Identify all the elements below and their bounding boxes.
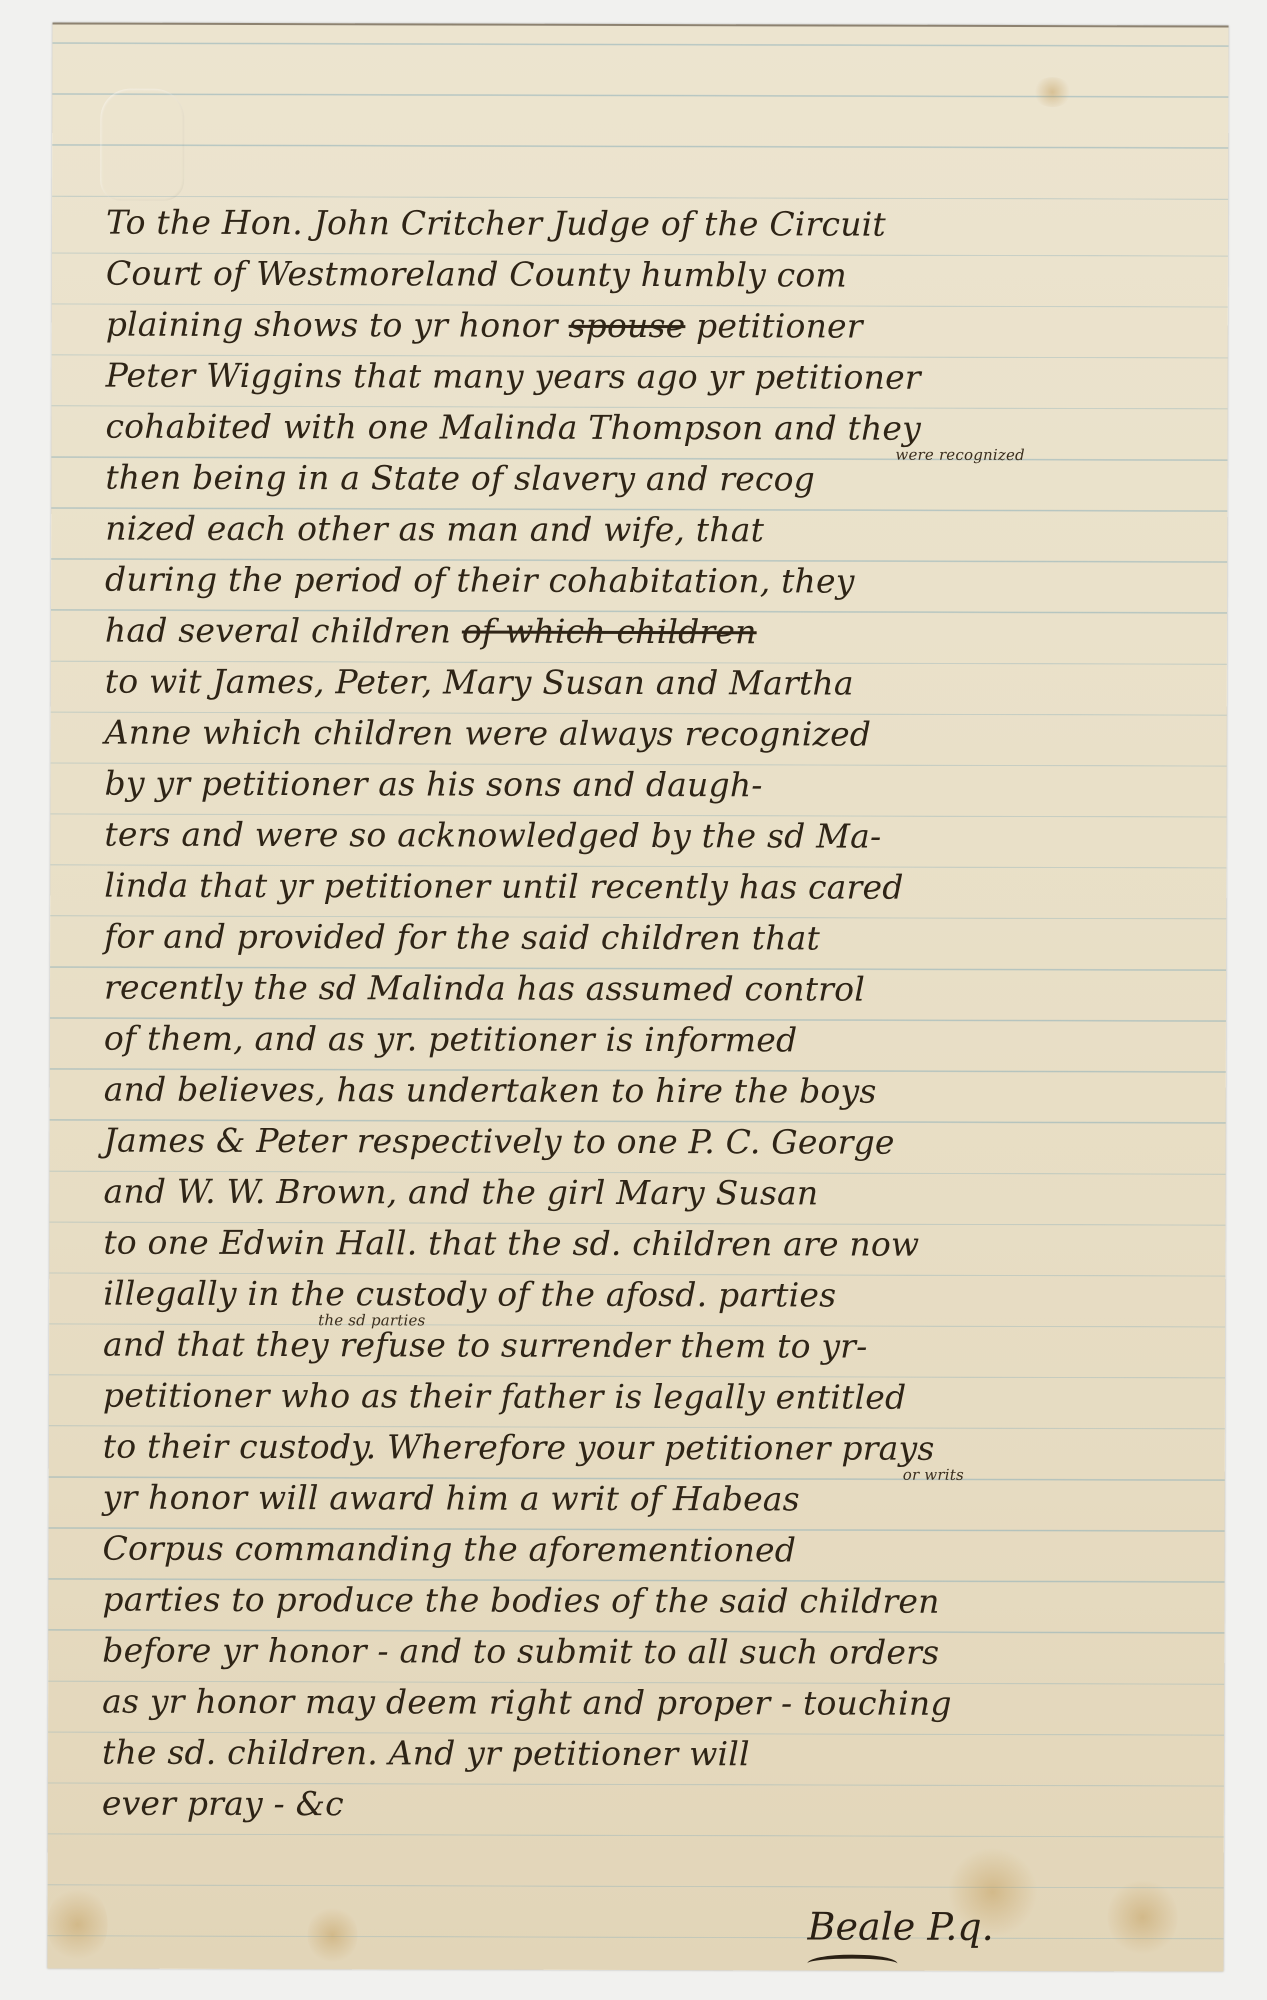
text-line: were recognized then being in a State of…	[105, 452, 1215, 506]
text-line: petitioner who as their father is legall…	[103, 1370, 1213, 1424]
foxing-stain	[1032, 77, 1072, 107]
text-line: illegally in the custody of the afosd. p…	[103, 1268, 1213, 1322]
text-line: during the period of their cohabitation,…	[105, 554, 1215, 608]
text-line: the sd. children. And yr petitioner will	[102, 1727, 1212, 1781]
struck-word: spouse	[568, 306, 685, 345]
interlinear-insertion: were recognized	[895, 448, 1024, 463]
text-line: for and provided for the said children t…	[104, 911, 1214, 965]
interlinear-insertion: or writs	[903, 1468, 964, 1483]
interlinear-insertion: the sd parties	[318, 1313, 425, 1328]
text-segment: had several children	[105, 611, 451, 651]
embossed-stamp-icon	[100, 89, 184, 201]
text-line: Court of Westmoreland County humbly com	[106, 248, 1216, 302]
text-line: James & Peter respectively to one P. C. …	[104, 1115, 1214, 1169]
text-line: ters and were so acknowledged by the sd …	[104, 809, 1214, 863]
text-line: recently the sd Malinda has assumed cont…	[104, 962, 1214, 1016]
text-line: as yr honor may deem right and proper - …	[102, 1676, 1212, 1730]
text-line: To the Hon. John Critcher Judge of the C…	[106, 197, 1216, 251]
text-line: ever pray - &c	[102, 1778, 1212, 1832]
text-line: to one Edwin Hall. that the sd. children…	[103, 1217, 1213, 1271]
text-line: Anne which children were always recogniz…	[105, 707, 1215, 761]
text-line: cohabited with one Malinda Thompson and …	[105, 401, 1215, 455]
text-segment: and that they refuse to surrender them t…	[103, 1325, 868, 1366]
text-line: Corpus commanding the aforementioned	[102, 1523, 1212, 1577]
text-line: to their custody. Wherefore your petitio…	[103, 1421, 1213, 1475]
signature-flourish	[807, 1954, 897, 1972]
text-line: by yr petitioner as his sons and daugh-	[104, 758, 1214, 812]
text-line: or writs yr honor will award him a writ …	[103, 1472, 1213, 1526]
signature-text: Beale P.q.	[808, 1904, 994, 1948]
text-line: and believes, has undertaken to hire the…	[104, 1064, 1214, 1118]
text-segment: yr honor will award him a writ of Habeas	[103, 1478, 800, 1519]
struck-phrase: of which children	[462, 612, 757, 652]
petition-body: To the Hon. John Critcher Judge of the C…	[102, 197, 1216, 1832]
text-line: Peter Wiggins that many years ago yr pet…	[106, 350, 1216, 404]
text-line: before yr honor - and to submit to all s…	[102, 1625, 1212, 1679]
text-line: the sd parties and that they refuse to s…	[103, 1319, 1213, 1373]
text-line: and W. W. Brown, and the girl Mary Susan	[103, 1166, 1213, 1220]
text-segment: then being in a State of slavery and rec…	[105, 458, 815, 499]
text-line: plaining shows to yr honor spouse petiti…	[106, 299, 1216, 353]
text-segment: plaining shows to yr honor	[106, 305, 558, 345]
text-line: linda that yr petitioner until recently …	[104, 860, 1214, 914]
text-line: to wit James, Peter, Mary Susan and Mart…	[105, 656, 1215, 710]
document-page: To the Hon. John Critcher Judge of the C…	[47, 22, 1228, 1971]
text-line: nized each other as man and wife, that	[105, 503, 1215, 557]
foxing-stain	[307, 1905, 357, 1965]
text-line: had several children of which children	[105, 605, 1215, 659]
signature: Beale P.q.	[808, 1904, 994, 1948]
foxing-stain	[47, 1884, 107, 1964]
text-line: of them, and as yr. petitioner is inform…	[104, 1013, 1214, 1067]
foxing-stain	[1107, 1877, 1177, 1957]
text-line: parties to produce the bodies of the sai…	[102, 1574, 1212, 1628]
